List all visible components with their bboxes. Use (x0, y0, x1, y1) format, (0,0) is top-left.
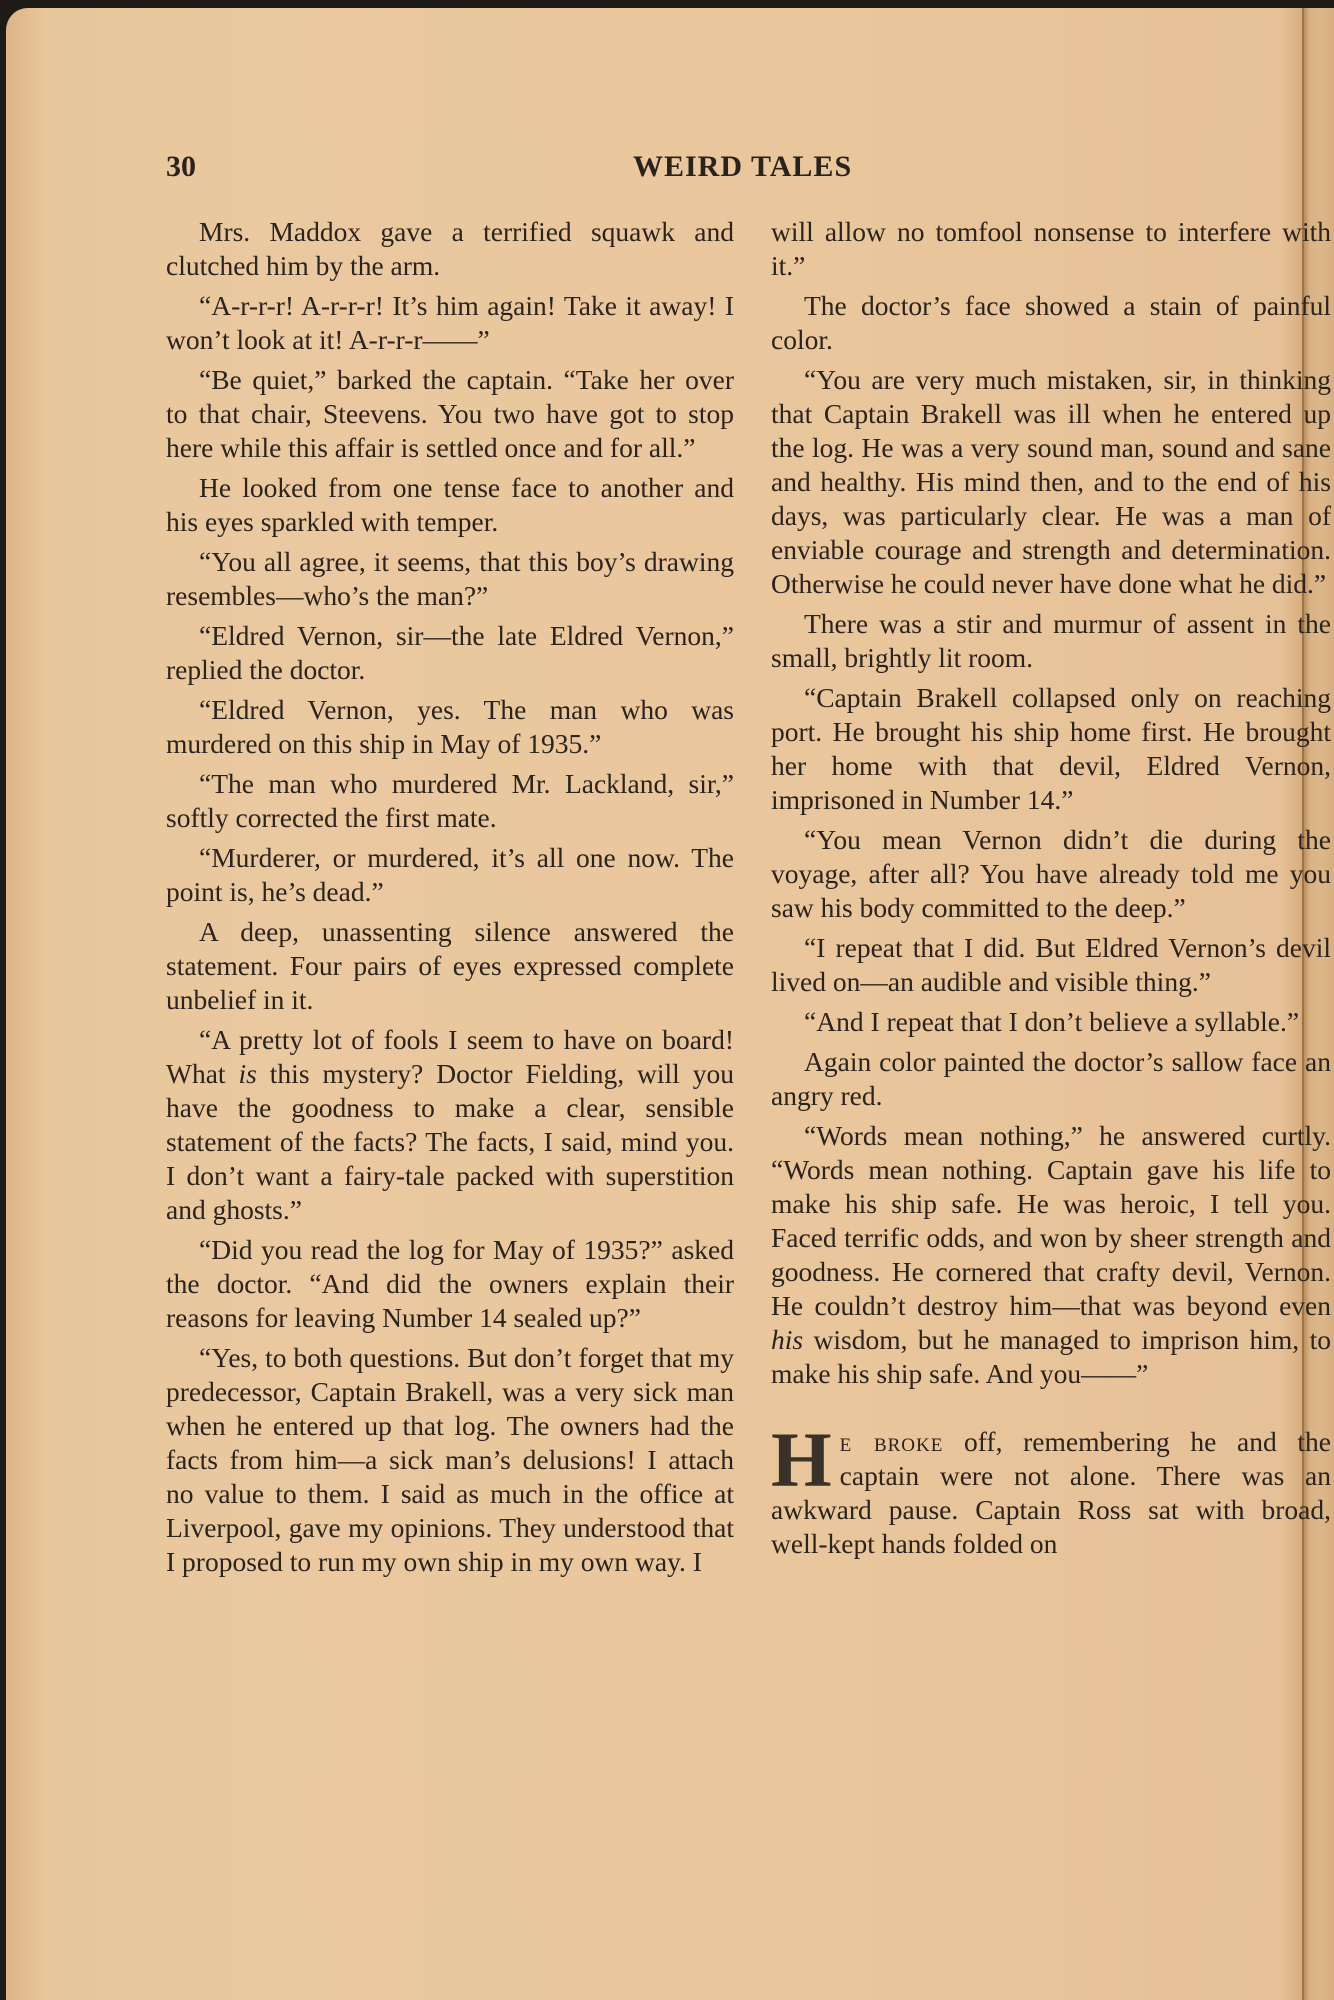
paragraph: “You are very much mistaken, sir, in thi… (771, 363, 1331, 601)
paragraph: He looked from one tense face to an­othe… (166, 471, 734, 539)
magazine-title: WEIRD TALES (633, 150, 852, 184)
text-run: “Words mean nothing,” he answered curtly… (771, 1120, 1331, 1321)
paragraph: “I repeat that I did. But Eldred Ver­non… (771, 931, 1331, 999)
left-column: Mrs. Maddox gave a terrified squawk and … (166, 215, 734, 1585)
paragraph: “And I repeat that I don’t believe a syl… (771, 1005, 1331, 1039)
paragraph: “A-r-r-r! A-r-r-r! It’s him again! Take … (166, 289, 734, 357)
paragraph-continued: will allow no tomfool nonsense to inter­… (771, 215, 1331, 283)
section-break-paragraph: He broke off, remembering he and the cap… (771, 1425, 1331, 1561)
paragraph: “The man who murdered Mr. Lack­land, sir… (166, 767, 734, 835)
text-run: wisdom, but he managed to imprison him, … (771, 1324, 1331, 1389)
small-caps-lead: e broke (840, 1426, 944, 1457)
paragraph: The doctor’s face showed a stain of pain… (771, 289, 1331, 357)
italic-emphasis: his (771, 1324, 803, 1355)
paragraph: “Murderer, or murdered, it’s all one now… (166, 841, 734, 909)
drop-cap: H (771, 1429, 832, 1491)
paragraph: Again color painted the doctor’s sallow … (771, 1045, 1331, 1113)
paragraph: “You all agree, it seems, that this boy’… (166, 545, 734, 613)
paragraph: There was a stir and murmur of assent in… (771, 607, 1331, 675)
paragraph: “Eldred Vernon, sir—the late Eldred Vern… (166, 619, 734, 687)
paragraph-fools: “A pretty lot of fools I seem to have on… (166, 1023, 734, 1227)
paragraph: “Eldred Vernon, yes. The man who was mur… (166, 693, 734, 761)
right-column: will allow no tomfool nonsense to inter­… (771, 215, 1331, 1567)
paragraph: “Yes, to both questions. But don’t forge… (166, 1341, 734, 1579)
paragraph: “Captain Brakell collapsed only on reach… (771, 681, 1331, 817)
page-number: 30 (166, 150, 196, 184)
paragraph-words: “Words mean nothing,” he answered curtly… (771, 1119, 1331, 1391)
magazine-page: 30 WEIRD TALES Mrs. Maddox gave a terrif… (6, 8, 1334, 2000)
running-header: 30 WEIRD TALES (166, 150, 1306, 184)
paragraph: “Be quiet,” barked the captain. “Take he… (166, 363, 734, 465)
paragraph: A deep, unassenting silence answered the… (166, 915, 734, 1017)
italic-emphasis: is (239, 1058, 257, 1089)
paragraph: Mrs. Maddox gave a terrified squawk and … (166, 215, 734, 283)
paragraph: “You mean Vernon didn’t die during the v… (771, 823, 1331, 925)
paragraph: “Did you read the log for May of 1935?” … (166, 1233, 734, 1335)
